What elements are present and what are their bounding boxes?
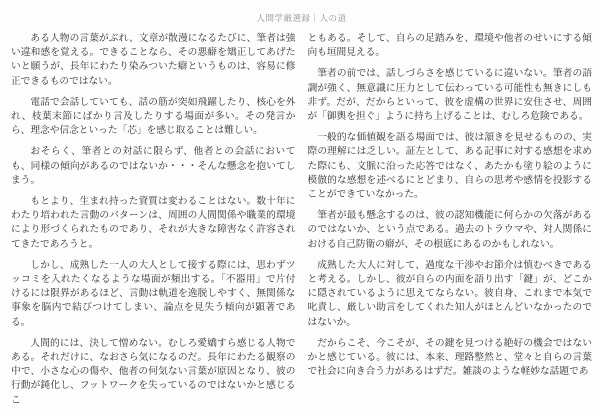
paragraph: ともある。そして、自らの足踏みを、環境や他者のせいにする傾向も垣間見える。 <box>308 32 593 60</box>
left-text-column: ある人物の言葉がぶれ、文章が散漫になるたびに、筆者は強い違和感を覚える。できるこ… <box>11 32 296 414</box>
paragraph: おそらく、筆者との対話に限らず、他者との会話においても、同様の傾向があるのではな… <box>11 145 296 188</box>
paragraph: 電話で会話していても、話の筋が突如飛躍したり、核心を外れ、枝葉末節にばかり言及し… <box>11 96 296 139</box>
paragraph: しかし、成熟した一人の大人として接する際には、思わずツッコミを入れたくなるような… <box>11 259 296 330</box>
paragraph: 筆者が最も懸念するのは、彼の認知機能に何らかの欠落があるのではないか、という点で… <box>308 209 593 252</box>
page-header: 人間学厳選録｜人の道 <box>11 0 592 32</box>
paragraph: 成熟した大人に対して、過度な干渉やお節介は慎むべきであると考える。しかし、彼が自… <box>308 259 593 330</box>
paragraph: だからこそ、今こそが、その鍵を見つける絶好の機会ではないかと感じている。彼には、… <box>308 337 593 380</box>
document-page: 人間学厳選録｜人の道 ある人物の言葉がぶれ、文章が散漫になるたびに、筆者は強い違… <box>0 0 600 414</box>
right-text-column: ともある。そして、自らの足踏みを、環境や他者のせいにする傾向も垣間見える。筆者の… <box>308 32 593 386</box>
two-column-text-body: ある人物の言葉がぶれ、文章が散漫になるたびに、筆者は強い違和感を覚える。できるこ… <box>11 32 592 414</box>
paragraph: ある人物の言葉がぶれ、文章が散漫になるたびに、筆者は強い違和感を覚える。できるこ… <box>11 32 296 89</box>
paragraph: 筆者の前では、話しづらさを感じているに違いない。筆者の語調が強く、無意識に圧力と… <box>308 67 593 124</box>
paragraph: 人間的には、決して憎めない。むしろ愛嬌すら感じる人物である。それだけに、なおさら… <box>11 337 296 408</box>
paragraph: 一般的な価値観を語る場面では、彼は頷きを見せるものの、実際の理解には乏しい。証左… <box>308 131 593 202</box>
paragraph: もとより、生まれ持った資質は変わることはない。数十年にわたり培われた言動のパター… <box>11 195 296 252</box>
running-head-title: 人間学厳選録｜人の道 <box>256 14 346 24</box>
